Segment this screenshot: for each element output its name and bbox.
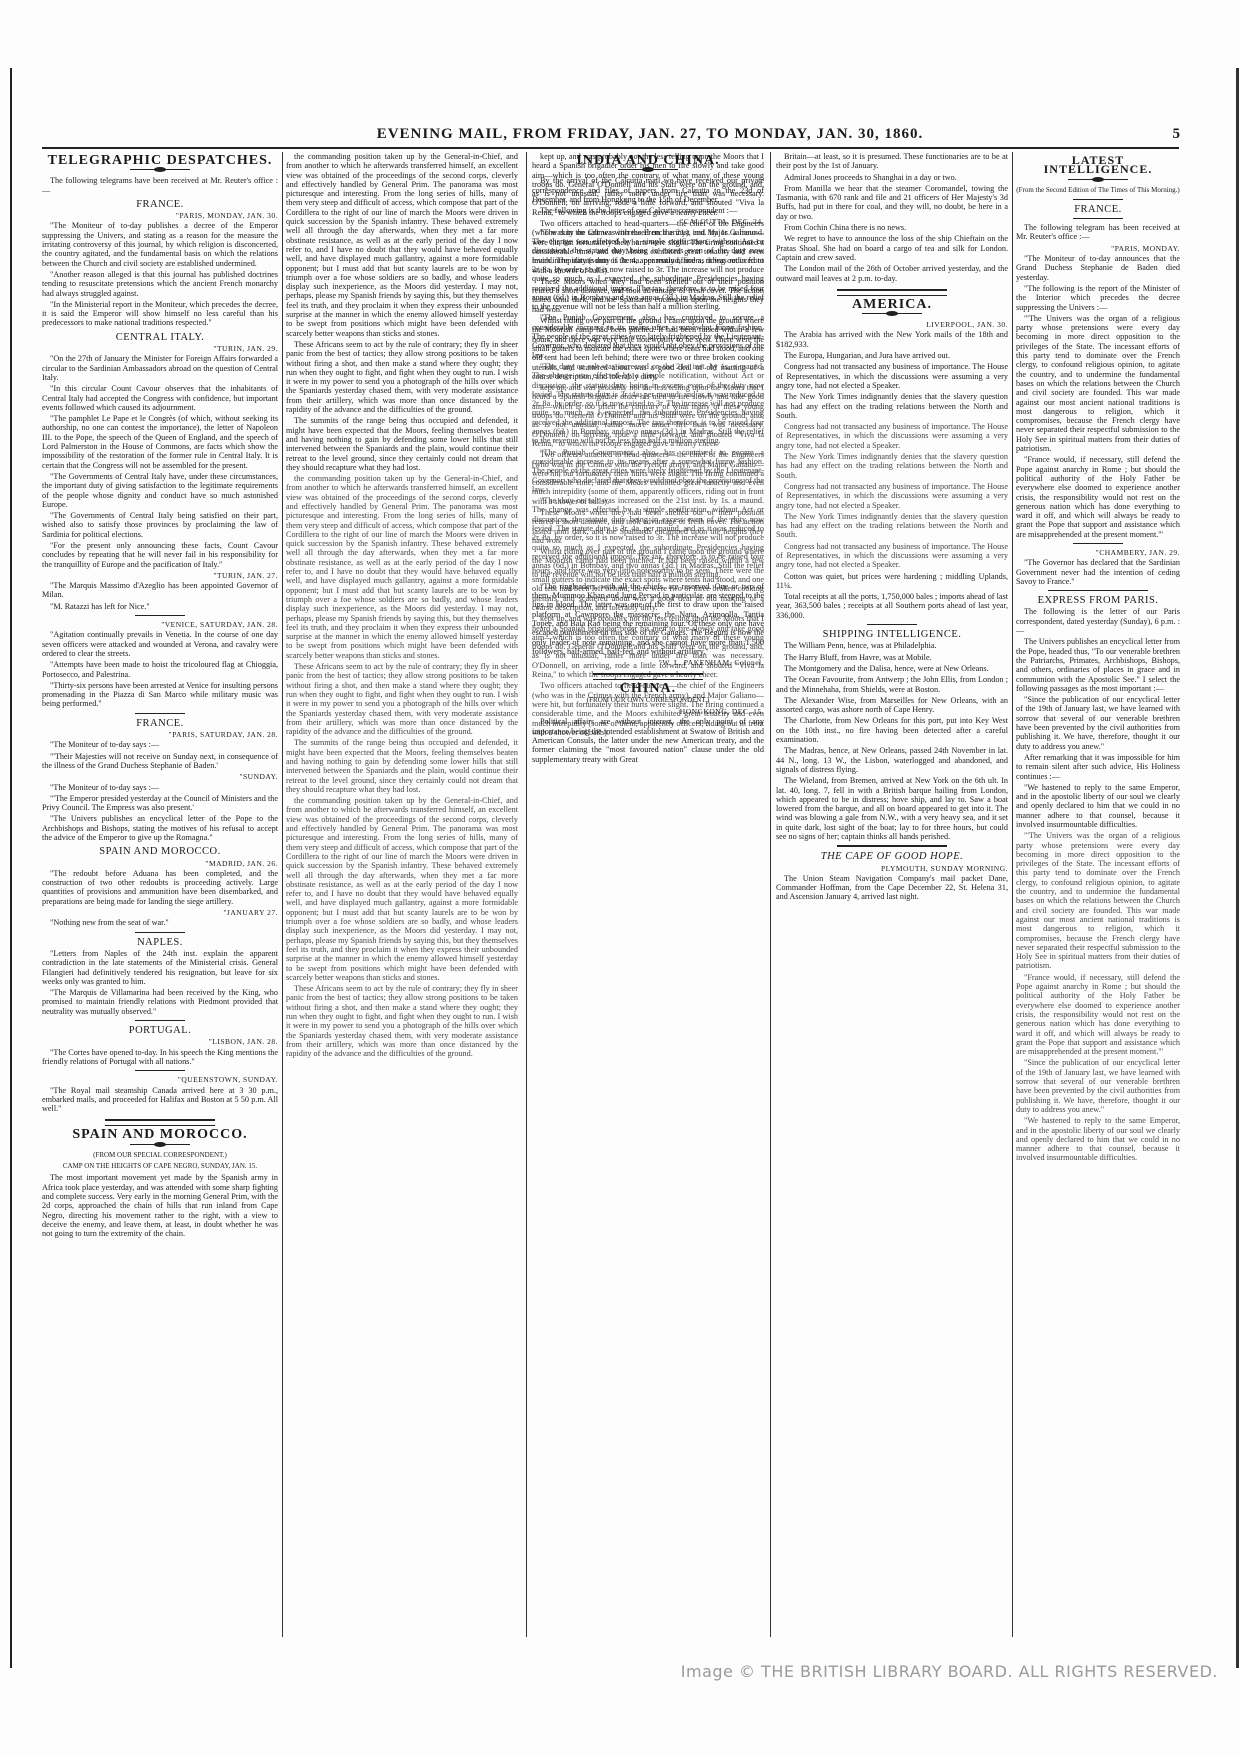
dateline: "JANUARY 27.	[42, 908, 278, 917]
dateline: "LISBON, JAN. 28.	[42, 1037, 278, 1046]
column-divider	[282, 152, 283, 1637]
double-rule	[837, 289, 947, 296]
paragraph: "The Moniteur of to-day publishes a decr…	[42, 221, 278, 267]
paragraph: "The Cortes have opened to-day. In his s…	[42, 1048, 278, 1067]
short-rule	[135, 615, 185, 616]
paragraph: "'The Univers was the organ of a religio…	[1016, 831, 1180, 970]
dateline: "MADRID, JAN. 26.	[42, 859, 278, 868]
paragraph: "Attempts have been made to hoist the tr…	[42, 660, 278, 679]
paragraph: Britain—at least, so it is presumed. The…	[776, 152, 1008, 171]
short-rule	[1073, 218, 1123, 219]
paragraph: "M. Ratazzi has left for Nice."	[42, 602, 278, 611]
page-edge-right	[1236, 68, 1239, 1668]
paragraph: "Nothing new from the seat of war."	[42, 918, 278, 927]
paragraph: Admiral Jones proceeds to Shanghai in a …	[776, 173, 1008, 182]
paragraph: "The duty on salt was increased on the 2…	[532, 362, 764, 446]
paragraph: From Cochin China there is no news.	[776, 223, 1008, 232]
paragraph: The London mail of the 26th of October a…	[776, 264, 1008, 283]
paragraph: The Univers publishes an encyclical lett…	[1016, 637, 1180, 693]
paragraph: After remarking that it was impossible f…	[1016, 753, 1180, 781]
paragraph: The Charlotte, from New Orleans for this…	[776, 716, 1008, 744]
paragraph: "'The Univers was the organ of a religio…	[1016, 314, 1180, 453]
paragraph: The Arabia has arrived with the New York…	[776, 330, 1008, 349]
column-1: TELEGRAPHIC DESPATCHES. The following te…	[42, 152, 278, 1637]
paragraph: "On the 27th of January the Minister for…	[42, 354, 278, 382]
paragraph: "Agitation continually prevails in Venet…	[42, 630, 278, 658]
paragraph: These Africans seem to act by the rule o…	[286, 340, 518, 414]
paragraph: "The Governments of Central Italy have, …	[42, 472, 278, 509]
subheading-portugal: PORTUGAL.	[42, 1026, 278, 1035]
paragraph: Total receipts at all the ports, 1,750,0…	[776, 592, 1008, 620]
subheading-france: FRANCE.	[1016, 205, 1180, 214]
paragraph: "The Moniteur of to-day says :—	[42, 740, 278, 749]
paragraph: "The Univers publishes an encyclical let…	[42, 814, 278, 842]
intro: The following telegrams have been receiv…	[42, 176, 278, 195]
short-rule	[135, 1070, 185, 1071]
dateline: CAMP ON THE HEIGHTS OF CAPE NEGRO, SUNDA…	[42, 1162, 278, 1171]
paragraph: "The ringleaders, with all the chiefs, a…	[532, 582, 764, 656]
dateline: "TURIN, JAN. 29.	[42, 344, 278, 353]
copyright-watermark: Image © THE BRITISH LIBRARY BOARD. ALL R…	[681, 1662, 1218, 1681]
section-heading-america: AMERICA.	[776, 300, 1008, 309]
dateline: "PARIS, MONDAY.	[1016, 244, 1180, 253]
paragraph: The most important movement yet made by …	[42, 1173, 278, 1238]
column-divider	[770, 152, 771, 1637]
short-rule	[1073, 543, 1123, 544]
paragraph: "The Royal mail steamship Canada arrived…	[42, 1086, 278, 1114]
paragraph: "France would, if necessary, still defen…	[1016, 455, 1180, 539]
paragraph: By the arrival of the Calcutta mail we h…	[532, 176, 764, 204]
paragraph: "'The Emperor presided yesterday at the …	[42, 794, 278, 813]
section-heading-china: CHINA.	[532, 684, 764, 693]
page-edge-left	[10, 68, 12, 1668]
paragraph: "Another reason alleged is that this jou…	[42, 270, 278, 298]
paragraph: The Ocean Favourite, from Antwerp ; the …	[776, 675, 1008, 694]
paragraph: We regret to have to announce the loss o…	[776, 234, 1008, 262]
paragraph: "We hastened to reply to the same Empero…	[1016, 783, 1180, 829]
paragraph: The New York Times indignantly denies th…	[776, 512, 1008, 540]
subheading-naples: NAPLES.	[42, 938, 278, 947]
paragraph: "Letters from Naples of the 24th inst. e…	[42, 949, 278, 986]
paragraph: The following is the letter of our Paris…	[1016, 607, 1180, 635]
double-rule	[105, 1119, 215, 1126]
sign-off: "W. L. PAKENHAM, Colonel.	[532, 658, 764, 667]
paragraph: The Union Steam Navigation Company's mai…	[776, 874, 1008, 902]
double-rule	[593, 673, 703, 680]
paragraph: The summits of the range being thus occu…	[286, 416, 518, 472]
paragraph: "The pamphlet Le Pape et le Congrès (of …	[42, 414, 278, 470]
dateline: "PARIS, SATURDAY, JAN. 28.	[42, 730, 278, 739]
paragraph: The Madras, hence, at New Orleans, passe…	[776, 746, 1008, 774]
short-rule	[135, 1020, 185, 1021]
dateline: "TURIN, JAN. 27.	[42, 571, 278, 580]
short-rule	[1073, 199, 1123, 200]
paragraph: The Europa, Hungarian, and Jura have arr…	[776, 351, 1008, 360]
paragraph: "The Governments of Central Italy being …	[42, 511, 278, 539]
subheading-spain-morocco: SPAIN AND MOROCCO.	[42, 847, 278, 856]
paragraph: Political affairs are without interest, …	[532, 717, 764, 763]
column-2: the commanding position taken up by the …	[286, 152, 518, 1637]
paragraph: The Harry Bluff, from Havre, was at Mobi…	[776, 653, 1008, 662]
paragraph: "In this circular Count Cavour observes …	[42, 384, 278, 412]
paragraph: The New York Times indignantly denies th…	[776, 392, 1008, 420]
paragraph: "The Governor has declared that the Sard…	[1016, 558, 1180, 586]
paragraph: The Wieland, from Bremen, arrived at New…	[776, 776, 1008, 841]
newspaper-page: EVENING MAIL, FROM FRIDAY, JAN. 27, TO M…	[0, 0, 1240, 1755]
short-rule	[837, 845, 947, 847]
subheading-shipping: SHIPPING INTELLIGENCE.	[776, 630, 1008, 639]
page-number: 5	[1173, 126, 1181, 143]
subheading-france: FRANCE.	[42, 200, 278, 209]
dateline: "SUNDAY.	[42, 772, 278, 781]
paragraph: "Thirty-six persons have been arrested a…	[42, 681, 278, 709]
paragraph: "In the Ministerial report in the Monite…	[42, 300, 278, 328]
paragraph: The following is the letter of our Calcu…	[532, 206, 764, 215]
paragraph: "We hastened to reply to the same Empero…	[1016, 1116, 1180, 1162]
paragraph: "The Moniteur of to-day says :—	[42, 783, 278, 792]
column-divider	[1012, 152, 1013, 1637]
masthead-rule	[42, 147, 1179, 149]
paragraph: The Alexander Wise, from Marseilles for …	[776, 696, 1008, 715]
subheading-cape: THE CAPE OF GOOD HOPE.	[776, 852, 1008, 861]
column-6: LATEST INTELLIGENCE. (From the Second Ed…	[1016, 152, 1180, 1637]
paragraph: "The Marquis Massimo d'Azeglio has been …	[42, 581, 278, 600]
short-rule	[135, 932, 185, 933]
short-rule	[867, 624, 917, 625]
paragraph: Cotton was quiet, but prices were harden…	[776, 572, 1008, 591]
paragraph: "The Marquis de Villamarina had been rec…	[42, 988, 278, 1016]
paragraph: Congress had not transacted any business…	[776, 422, 1008, 450]
paragraph: "The Punjab Government, also, has contri…	[532, 313, 764, 359]
dateline: "QUEENSTOWN, SUNDAY.	[42, 1075, 278, 1084]
paragraph: The Montgomery and the Dalisa, hence, we…	[776, 664, 1008, 673]
paragraph: Congress had not transacted any business…	[776, 542, 1008, 570]
paragraph: the commanding position taken up by the …	[286, 152, 518, 338]
edition-note: (From the Second Edition of The Times of…	[1016, 186, 1180, 195]
paragraph: "The duty on salt was increased on the 2…	[532, 496, 764, 580]
paragraph: The following telegram has been received…	[1016, 223, 1180, 242]
dateline: "CHAMBERY, JAN. 29.	[1016, 548, 1180, 557]
column-divider	[526, 152, 527, 1637]
dateline: "CALCUTTA, DEC. 24.	[532, 217, 764, 226]
dateline: "VENICE, SATURDAY, JAN. 28.	[42, 620, 278, 629]
ornament-rule	[130, 1142, 190, 1148]
dateline: PLYMOUTH, SUNDAY MORNING.	[776, 864, 1008, 873]
masthead-title: EVENING MAIL, FROM FRIDAY, JAN. 27, TO M…	[340, 126, 960, 143]
column-4: INDIA AND CHINA. By the arrival of the C…	[532, 152, 764, 1637]
paragraph: the commanding position taken up by the …	[286, 796, 518, 982]
paragraph: "The redoubt before Aduana has been comp…	[42, 869, 278, 906]
paragraph: Congress had not transacted any business…	[776, 482, 1008, 510]
paragraph: "The Moniteur of to-day announces that t…	[1016, 254, 1180, 282]
column-5: Britain—at least, so it is presumed. The…	[776, 152, 1008, 1637]
ornament-rule	[862, 311, 922, 317]
ornament-rule	[130, 167, 190, 173]
subheading-express-from-paris: EXPRESS FROM PARIS.	[1016, 596, 1180, 605]
paragraph: These Africans seem to act by the rule o…	[286, 662, 518, 736]
paragraph: Congress had not transacted any business…	[776, 362, 1008, 390]
short-rule	[1048, 590, 1148, 591]
paragraph: the commanding position taken up by the …	[286, 474, 518, 660]
ornament-rule	[618, 167, 678, 173]
paragraph: The William Penn, hence, was at Philadel…	[776, 641, 1008, 650]
paragraph: "'Their Majesties will not receive on Su…	[42, 752, 278, 771]
subheading-central-italy: CENTRAL ITALY.	[42, 333, 278, 342]
ornament-rule	[1068, 177, 1128, 183]
dateline: "PARIS, MONDAY, JAN. 30.	[42, 211, 278, 220]
paragraph: "Since the publication of our encyclical…	[1016, 695, 1180, 751]
paragraph: "Since the publication of our encyclical…	[1016, 1058, 1180, 1114]
section-heading-india-china: INDIA AND CHINA.	[532, 156, 764, 165]
paragraph: These Africans seem to act by the rule o…	[286, 984, 518, 1058]
paragraph: "The duty on salt was increased on the 2…	[532, 228, 764, 312]
subheading-france: FRANCE.	[42, 719, 278, 728]
paragraph: "France would, if necessary, still defen…	[1016, 973, 1180, 1057]
paragraph: "For the present only announcing these f…	[42, 541, 278, 569]
section-heading-spain-morocco: SPAIN AND MOROCCO.	[42, 1130, 278, 1139]
section-heading-telegraphic: TELEGRAPHIC DESPATCHES.	[42, 156, 278, 165]
correspondent-note: (FROM OUR SPECIAL CORRESPONDENT.)	[42, 1151, 278, 1160]
dateline: HONGKONG, DEC. 15.	[532, 707, 764, 716]
correspondent-note: (FROM OUR OWN CORRESPONDENT.)	[532, 696, 764, 705]
paragraph: "The following is the report of the Mini…	[1016, 284, 1180, 312]
dateline: LIVERPOOL, JAN. 30.	[776, 320, 1008, 329]
section-heading-latest-intelligence: LATEST INTELLIGENCE.	[1016, 156, 1180, 175]
paragraph: The summits of the range being thus occu…	[286, 738, 518, 794]
paragraph: From Manilla we hear that the steamer Co…	[776, 184, 1008, 221]
paragraph: The New York Times indignantly denies th…	[776, 452, 1008, 480]
short-rule	[135, 713, 185, 714]
masthead: EVENING MAIL, FROM FRIDAY, JAN. 27, TO M…	[40, 126, 1180, 148]
paragraph: "The Punjab Government, also, has contri…	[532, 448, 764, 494]
